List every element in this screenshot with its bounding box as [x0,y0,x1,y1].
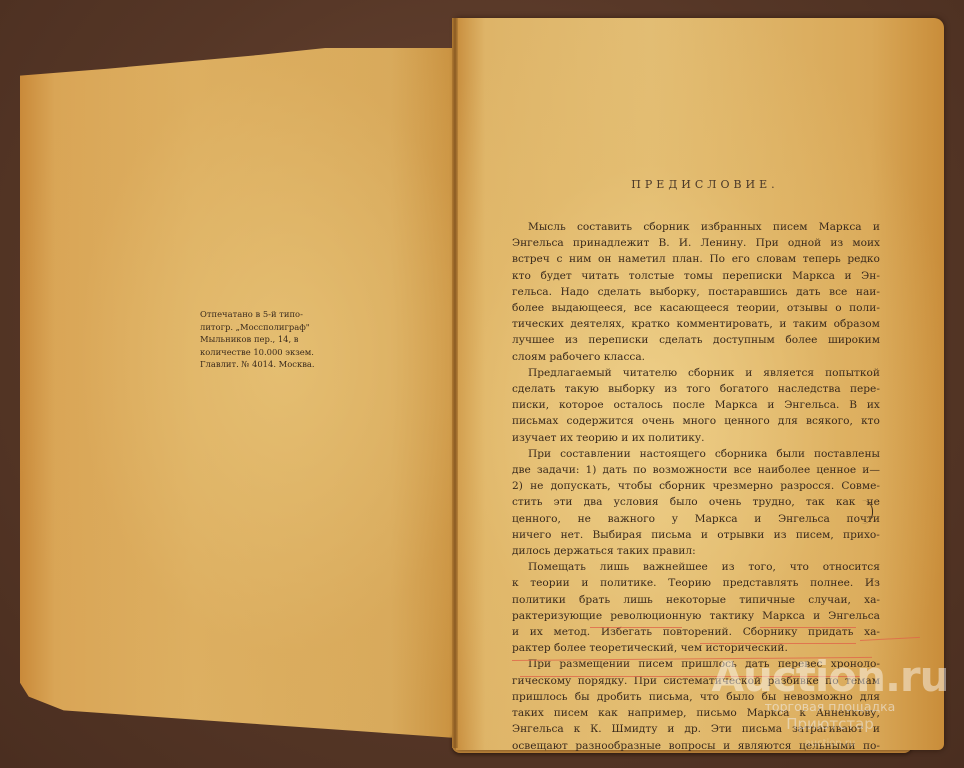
word: из [565,332,578,348]
word: эти [554,494,573,510]
word: сделать [598,284,641,300]
word: с [556,251,562,267]
word: их [632,430,648,446]
imprint-line: литогр. „Моссполиграф" [200,321,320,334]
printing-imprint: Отпечатано в 5-й типо- литогр. „Моссполи… [200,308,320,371]
word: Выбирая [592,527,641,543]
word: широким [828,332,880,348]
word: правил: [652,543,695,559]
word: таких [512,705,544,721]
text-line: болеевыдающееся,всекасающеесятеории,отзы… [512,300,880,316]
word: того, [748,559,776,575]
word: К. [590,721,602,737]
word: Энгельса [512,721,564,737]
word: и [813,608,820,624]
word: составить [577,219,632,235]
word: отзывы [787,300,828,316]
word: задачи: [537,462,580,478]
word: читать [581,268,619,284]
text-line: рактеризующиереволюционнуютактикуМарксаи… [512,608,880,624]
red-underline [760,627,856,628]
word: держаться [554,543,617,559]
word: и [754,511,761,527]
word: принадлежит [573,235,649,251]
text-line: сделатьтакуювыборкуизтогобогатогонаследс… [512,381,880,397]
text-line: гельса.Надосделатьвыборку,постаравшисьда… [512,284,880,300]
word: рактеризующие [512,608,602,624]
word: очень [709,494,741,510]
word: будет [540,268,571,284]
word: и [767,397,774,413]
word: поставлены [814,446,880,462]
word: писки, [512,397,549,413]
word: толстые [629,268,674,284]
word: ха- [864,624,880,640]
word: избранных [701,219,762,235]
text-line: политикибратьлишьнекоторыетипичныеслучаи… [512,592,880,608]
word: слоям [512,349,549,365]
word: ха- [864,592,880,608]
text-line: тическихдеятелях,краткокомментировать,ит… [512,316,880,332]
word: два [584,494,603,510]
word: Энгельса. [784,397,839,413]
word: сборник [643,219,689,235]
word: При [528,446,551,462]
word: сделать [512,381,555,397]
text-line: ститьэтидваусловиябылооченьтрудно,таккак… [512,494,880,510]
word: лучшее [512,332,554,348]
word: были [776,446,805,462]
word: образом [834,316,880,332]
word: которое [559,397,604,413]
word: важного [608,511,655,527]
word: две [512,462,531,478]
word: все [634,300,652,316]
word: лишь [623,592,652,608]
word: доступным [713,332,775,348]
word: условия [614,494,659,510]
word: теперь [803,251,841,267]
word: разросся. [780,478,834,494]
word: кто [861,413,880,429]
word: сборника [715,446,768,462]
word: важнейшее [643,559,708,575]
text-line: ктобудетчитатьтолстыетомыперепискиМаркса… [512,268,880,284]
word: Мысль [528,219,566,235]
word: стить [512,494,542,510]
word: теоретический, [589,640,680,656]
word: Теорию [668,575,711,591]
word: как [598,705,618,721]
text-line: ценного,неважногоуМарксаиЭнгельсапочти [512,511,880,527]
word: Ленину. [701,235,747,251]
word: для [778,413,798,429]
text-line: Помещатьлишьважнейшееизтого,чтоотносится [512,559,880,575]
word: их [530,624,543,640]
word: дать [603,462,627,478]
word: возможности [653,462,728,478]
word: Энгельса [828,608,880,624]
word: является [763,365,814,381]
word: нет. [561,527,584,543]
preface-title: ПРЕДИСЛОВИЕ. [555,178,855,191]
word: переписки [722,268,782,284]
word: ценного [724,413,770,429]
word: и [779,316,786,332]
word: их [560,430,576,446]
word: чтобы [618,478,652,494]
word: писем [554,705,589,721]
word: И. [679,235,692,251]
word: Маркса [715,397,758,413]
word: выдающееся, [552,300,627,316]
red-underline [700,643,856,644]
word: письма, [649,689,693,705]
word: теории [530,575,569,591]
word: ценное [816,462,856,478]
word: читателю [623,365,677,381]
text-line: письмахсодержитсяоченьмногоценногодлявся… [512,413,880,429]
word: например, [628,705,687,721]
word: настоящего [640,446,706,462]
word: Помещать [528,559,586,575]
word: 2) [512,478,523,494]
word: таких [617,543,652,559]
word: и [745,365,752,381]
word: случаи, [808,592,851,608]
text-line: слоям рабочего класса. [512,349,880,365]
red-underline [590,627,682,628]
watermark-seller: Приютстар [696,715,964,733]
word: Маркса [819,219,862,235]
word: осталось [613,397,662,413]
word: полнее. [810,575,853,591]
word: В [849,397,857,413]
word: По [709,251,725,267]
word: Совме- [841,478,880,494]
word: сборник [659,478,705,494]
text-line: дилось держаться таких правил: [512,543,880,559]
word: политики [512,592,566,608]
word: из [664,381,677,397]
word: богатого [720,381,769,397]
word: освещают [512,738,568,754]
word: кто [512,268,531,284]
text-line: писки,котороеосталосьпослеМарксаиЭнгельс… [512,397,880,413]
word: относится [823,559,880,575]
word: и [512,624,519,640]
word: Энгельса [512,235,564,251]
text-line: изучает их теорию и их политику. [512,430,880,446]
word: пере- [850,381,880,397]
word: представлять [723,575,799,591]
word: наметил [618,251,666,267]
word: пришлось [512,689,568,705]
word: Предлагаемый [528,365,612,381]
text-line: Присоставлениинастоящегосборникабылипост… [512,446,880,462]
word: выборку [608,381,655,397]
word: не [578,511,591,527]
word: письма [651,527,691,543]
word: составлении [560,446,631,462]
word: как [836,494,856,510]
word: к [574,721,581,737]
word: гельса. [512,284,552,300]
word: политику. [648,430,704,446]
word: и [701,527,708,543]
word: брать [579,592,610,608]
imprint-line: Отпечатано в 5-й типо- [200,308,320,321]
word: разнообразные [575,738,661,754]
word: того [686,381,710,397]
word: к [512,575,519,591]
text-line: Предлагаемыйчитателюсборникиявляетсяпопы… [512,365,880,381]
word: Маркса [792,268,835,284]
word: Маркса [695,511,738,527]
word: о [835,300,841,316]
word: всякого, [806,413,853,429]
text-line: двезадачи:1)датьповозможностивсенаиболее… [512,462,880,478]
word: встреч [512,251,550,267]
text-line: лучшееизперепискисделатьдоступнымболееши… [512,332,880,348]
word: дробить [597,689,642,705]
word: попыткой [825,365,880,381]
word: наследства [778,381,841,397]
word: наи- [856,284,880,300]
word: В. [658,235,669,251]
imprint-line: Главлит. № 4014. Москва. [200,358,320,371]
word: у [672,511,678,527]
word: такую [565,381,599,397]
word: и— [862,462,880,478]
text-line: МысльсоставитьсборникизбранныхписемМаркс… [512,219,880,235]
word: все [829,284,847,300]
word: томы [684,268,713,284]
imprint-line: количестве 10.000 экзем. [200,346,320,359]
text-line: ктеориииполитике.Теориюпредставлятьполне… [512,575,880,591]
word: он [598,251,611,267]
word: ценного, [512,511,561,527]
word: отрывки [717,527,764,543]
left-page [20,48,456,738]
word: словам [757,251,797,267]
word: одной [788,235,821,251]
word: касающееся [660,300,729,316]
text-line: ЭнгельсапринадлежитВ.И.Ленину.Приоднойиз… [512,235,880,251]
word: типичные [739,592,795,608]
word: дилось [512,543,554,559]
word: теорию [576,430,621,446]
word: писем, [796,527,834,543]
word: революционную [610,608,701,624]
word: Шмидту [612,721,658,737]
text-line: 2)недопускать,чтобысборникчрезмерноразро… [512,478,880,494]
word: и [581,575,588,591]
word: письмах [512,413,558,429]
word: дать [796,284,820,300]
word: было [670,494,698,510]
word: после [673,397,705,413]
word: сделать [659,332,702,348]
word: Энгельса [778,511,830,527]
word: ним [569,251,591,267]
word: переписки [588,332,648,348]
text-line: встречснимоннаметилплан.Поегословамтепер… [512,251,880,267]
word: более [554,640,589,656]
word: его [732,251,750,267]
word: политике. [600,575,656,591]
word: и [667,721,674,737]
word: таким [793,316,827,332]
word: трудно, [752,494,794,510]
word: не [530,478,543,494]
word: Надо [561,284,589,300]
word: редко [847,251,880,267]
word: содержится [567,413,634,429]
watermark-subtitle: торговая площадка [696,699,964,715]
text-line: ничегонет.Выбираяписьмаиотрывкиизписем,п… [512,527,880,543]
word: все [733,462,751,478]
word: по [633,462,646,478]
watermark-domain: auction.ru [696,737,964,751]
word: лишь [600,559,629,575]
word: Из [865,575,880,591]
word: тактику [709,608,754,624]
word: теории, [737,300,780,316]
book-spine [452,18,458,748]
word: выборку, [650,284,700,300]
word: ничего [512,527,551,543]
word: деятелях, [570,316,624,332]
word: При [756,235,779,251]
word: их [867,397,880,413]
word: моих [852,235,880,251]
word: метод. [554,624,591,640]
word: чрезмерно [713,478,774,494]
watermark-brand: Auction.ru [696,655,964,699]
word: сборник [688,365,734,381]
word: бы [575,689,590,705]
word: Эн- [861,268,880,284]
word: рактер [512,640,554,656]
word: и [845,268,852,284]
word: наиболее [758,462,810,478]
word: 1) [586,462,597,478]
word: тических [512,316,564,332]
word: что [790,559,809,575]
word: много [682,413,716,429]
word: допускать, [551,478,611,494]
word: комментировать, [677,316,773,332]
word: план. [672,251,703,267]
word: поли- [849,300,880,316]
word: более [785,332,817,348]
word: так [806,494,825,510]
word: кратко [631,316,670,332]
word: Маркса [762,608,805,624]
word: и [873,219,880,235]
imprint-line: Мыльников пер., 14, в [200,333,320,346]
word: писем [773,219,808,235]
word: класса. [604,349,645,365]
word: постаравшись [708,284,787,300]
watermark: Auction.ru торговая площадка Приютстар a… [696,655,964,751]
word: очень [642,413,674,429]
word: из [774,527,787,543]
word: прихо- [843,527,880,543]
word: и [621,430,631,446]
word: изучает [512,430,560,446]
word: из [830,235,843,251]
word: некоторые [666,592,726,608]
word: более [512,300,544,316]
word: рабочего [549,349,603,365]
word: из [722,559,735,575]
